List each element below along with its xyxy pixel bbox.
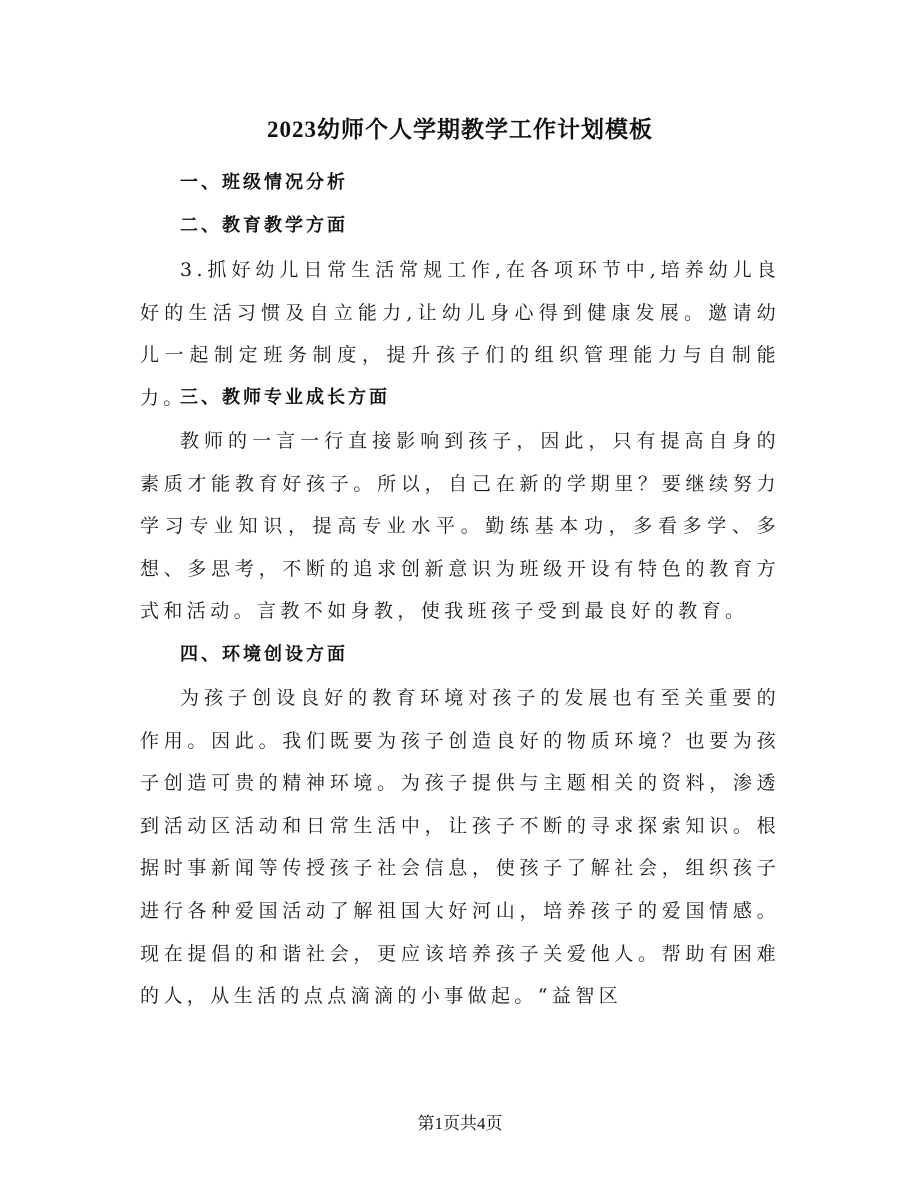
section-heading-teaching: 二、教育教学方面 bbox=[180, 211, 348, 241]
section-heading-teacher-growth: 三、教师专业成长方面 bbox=[180, 383, 390, 413]
page-indicator: 第1页共4页 bbox=[0, 1110, 920, 1138]
section-heading-class-analysis: 一、班级情况分析 bbox=[180, 168, 348, 198]
paragraph-teacher-growth: 教师的一言一行直接影响到孩子，因此，只有提高自身的素质才能教育好孩子。所以，自己… bbox=[140, 420, 780, 633]
paragraph-environment: 为孩子创设良好的教育环境对孩子的发展也有至关重要的作用。因此。我们既要为孩子创造… bbox=[140, 677, 780, 1018]
document-title: 2023幼师个人学期教学工作计划模板 bbox=[0, 112, 920, 148]
document-page: 2023幼师个人学期教学工作计划模板 一、班级情况分析 二、教育教学方面 3.抓… bbox=[0, 0, 920, 1191]
section-heading-environment: 四、环境创设方面 bbox=[180, 640, 348, 670]
